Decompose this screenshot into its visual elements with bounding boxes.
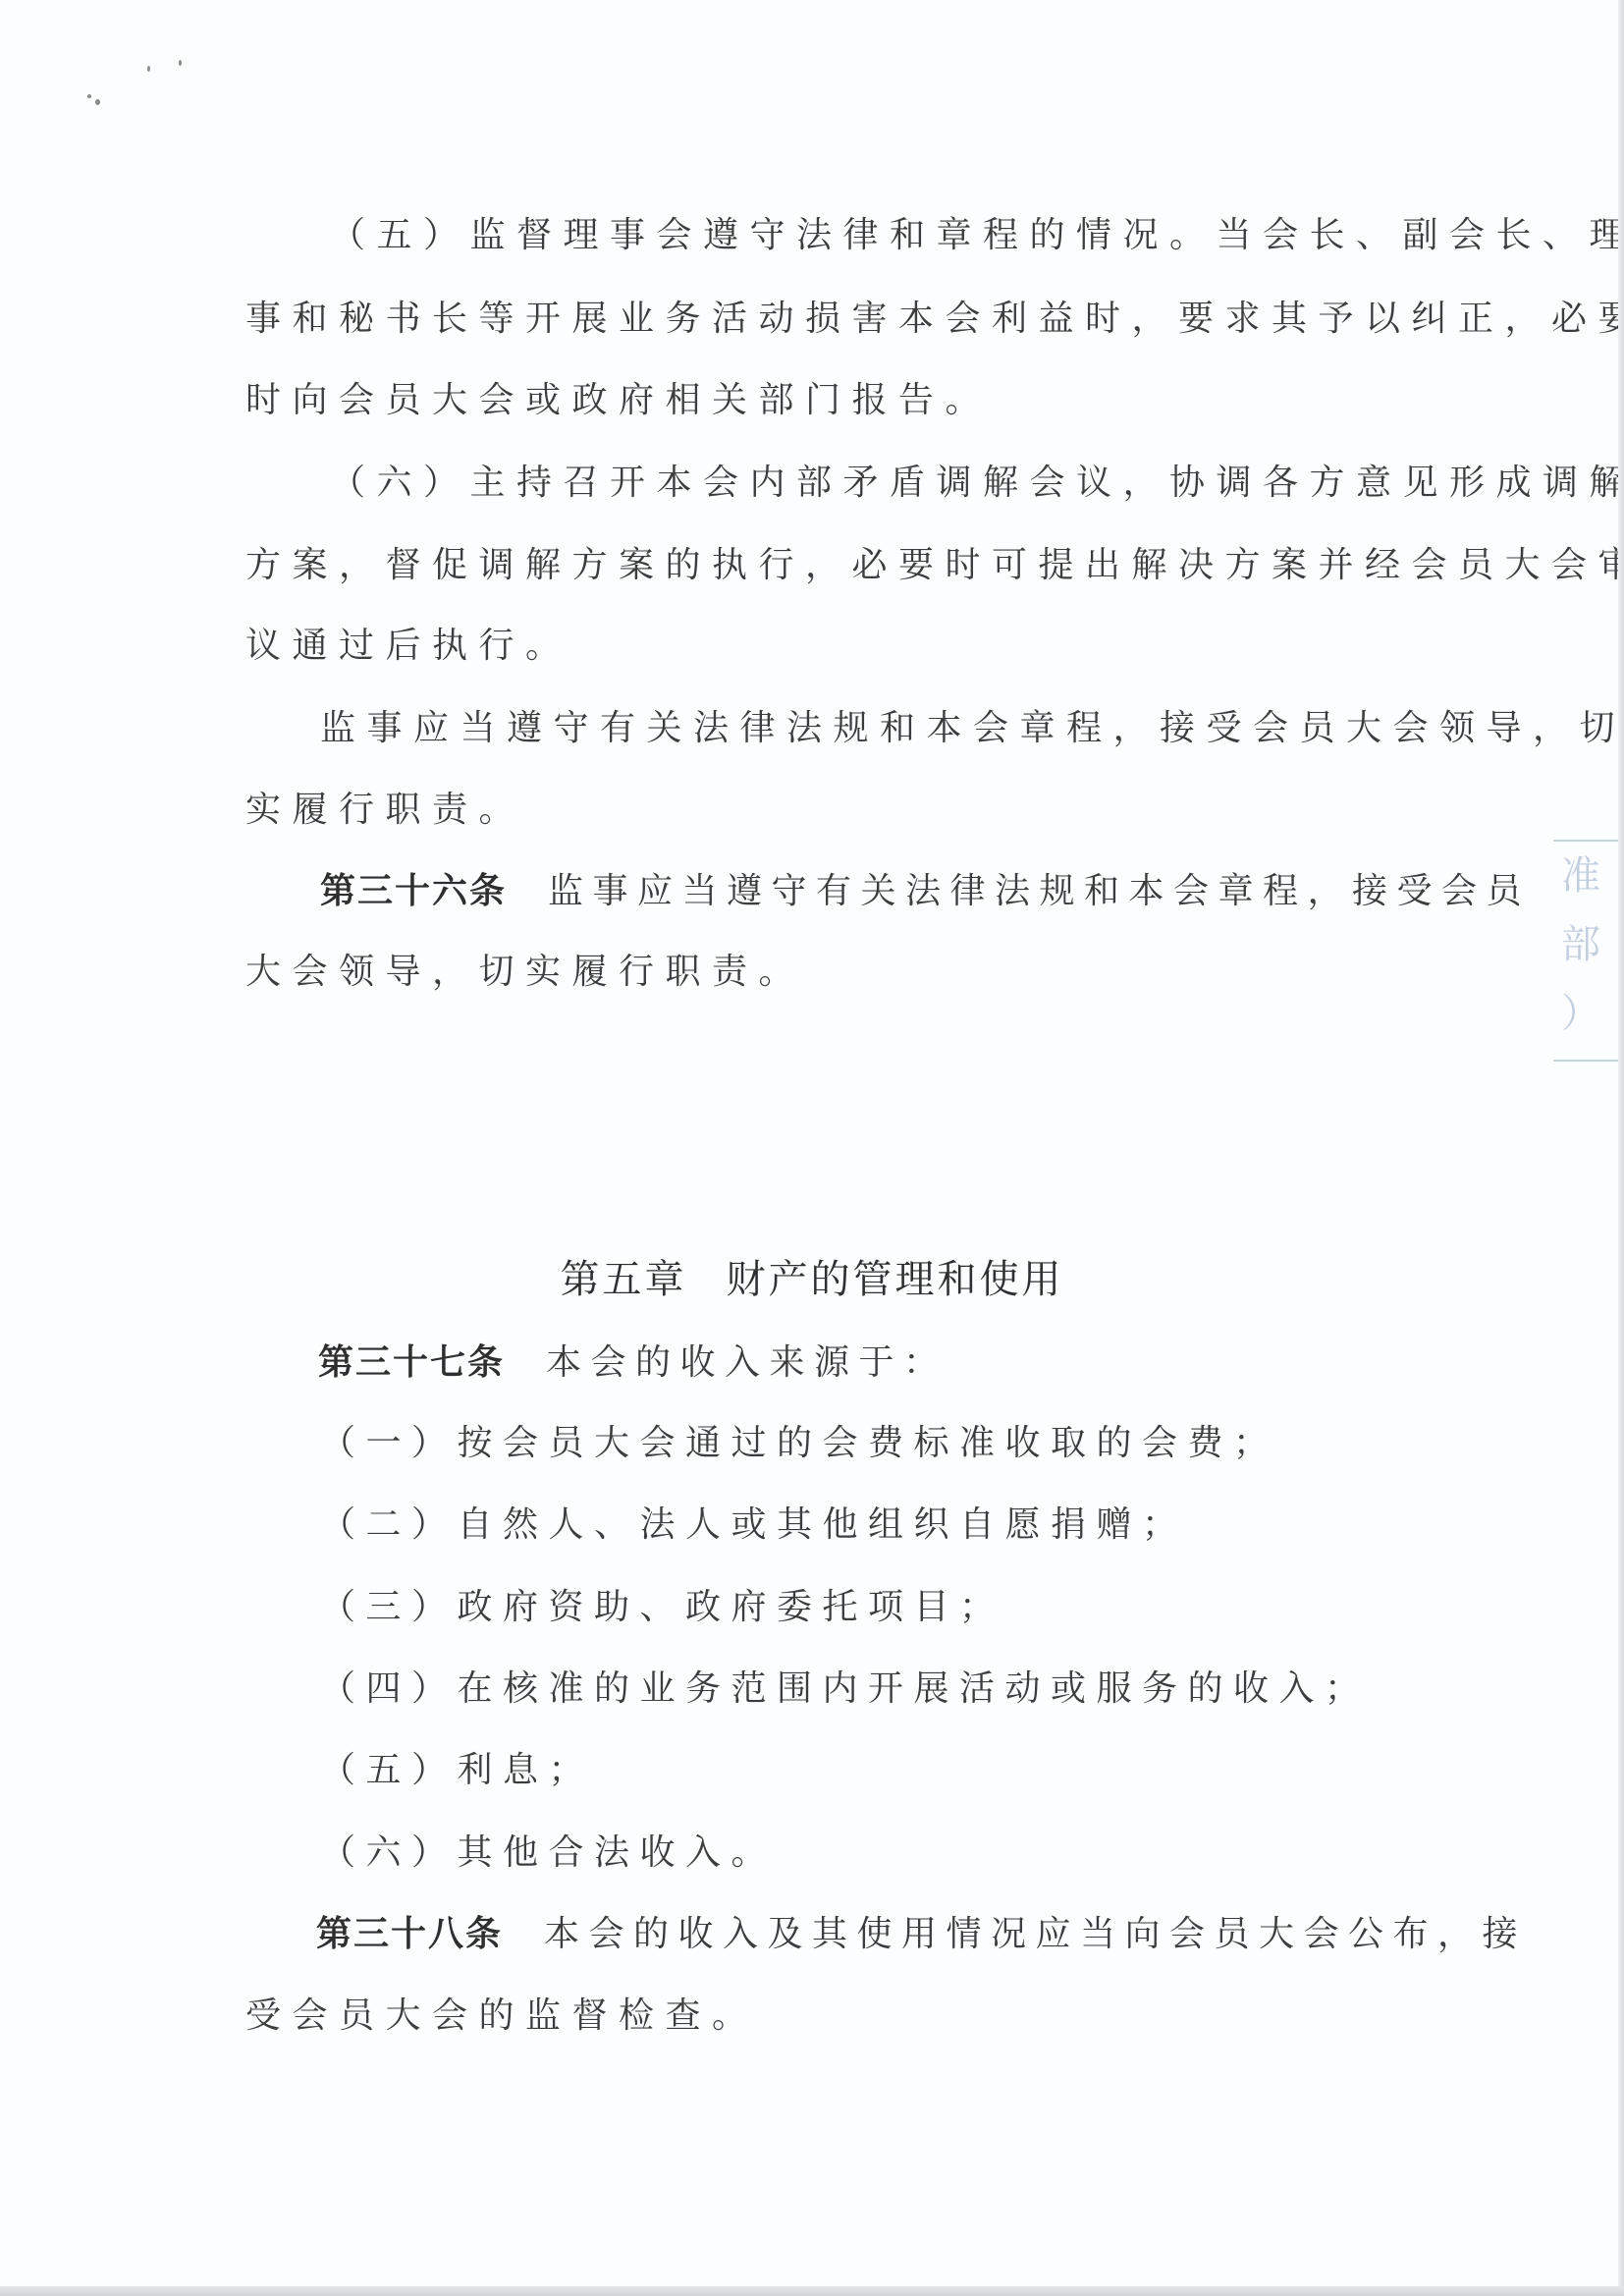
article-37-line: 第三十七条本会的收入来源于：	[318, 1341, 1447, 1385]
official-stamp-fragment: 准 部 ）	[1553, 840, 1624, 1062]
income-item-4: （四）在核准的业务范围内开展活动或服务的收入；	[320, 1667, 1449, 1711]
paragraph-6-line-3: 议通过后执行。	[245, 625, 1375, 668]
stamp-char: ）	[1553, 979, 1624, 1048]
scan-speck	[95, 99, 100, 105]
stamp-char: 部	[1553, 910, 1624, 979]
income-item-1: （一）按会员大会通过的会费标准收取的会费；	[320, 1422, 1449, 1465]
article-38-text: 本会的收入及其使用情况应当向会员大会公布，接	[544, 1914, 1527, 1954]
scanned-document-page: （五）监督理事会遵守法律和章程的情况。当会长、副会长、理 事和秘书长等开展业务活…	[0, 0, 1624, 2296]
article-36-text: 监事应当遵守有关法律法规和本会章程，接受会员	[548, 871, 1531, 911]
paragraph-5-line-2: 事和秘书长等开展业务活动损害本会利益时，要求其予以纠正，必要	[245, 298, 1375, 341]
scan-edge-right	[1618, 0, 1624, 2296]
article-36-line-2: 大会领导，切实履行职责。	[245, 951, 1375, 994]
income-item-3: （三）政府资助、政府委托项目；	[320, 1586, 1449, 1629]
chapter-title: 财产的管理和使用	[727, 1257, 1064, 1302]
article-37-label: 第三十七条	[318, 1342, 505, 1383]
article-37-text: 本会的收入来源于：	[546, 1342, 948, 1383]
scan-edge-bottom	[0, 2286, 1624, 2296]
article-36-label: 第三十六条	[320, 871, 507, 911]
scan-speck	[87, 94, 91, 98]
article-38-line-1: 第三十八条本会的收入及其使用情况应当向会员大会公布，接	[316, 1913, 1445, 1956]
paragraph-6-line-1: （六）主持召开本会内部矛盾调解会议，协调各方意见形成调解	[330, 462, 1459, 505]
article-36-line-1: 第三十六条监事应当遵守有关法律法规和本会章程，接受会员	[320, 870, 1449, 913]
article-38-line-2: 受会员大会的监督检查。	[245, 1995, 1375, 2038]
supervisor-duty-line-1: 监事应当遵守有关法律法规和本会章程，接受会员大会领导，切	[320, 707, 1449, 750]
stamp-char: 准	[1553, 842, 1624, 910]
paragraph-5-line-1: （五）监督理事会遵守法律和章程的情况。当会长、副会长、理	[330, 214, 1459, 257]
income-item-2: （二）自然人、法人或其他组织自愿捐赠；	[320, 1503, 1449, 1547]
paragraph-5-line-3: 时向会员大会或政府相关部门报告。	[245, 379, 1375, 422]
article-38-label: 第三十八条	[316, 1914, 503, 1954]
chapter-number: 第五章	[561, 1257, 687, 1302]
scan-speck	[179, 60, 182, 66]
chapter-heading: 第五章财产的管理和使用	[0, 1257, 1624, 1302]
income-item-6: （六）其他合法收入。	[320, 1831, 1449, 1875]
paragraph-6-line-2: 方案，督促调解方案的执行，必要时可提出解决方案并经会员大会审	[245, 544, 1375, 587]
supervisor-duty-line-2: 实履行职责。	[245, 789, 1375, 832]
scan-speck	[147, 66, 150, 72]
income-item-5: （五）利息；	[320, 1749, 1449, 1792]
